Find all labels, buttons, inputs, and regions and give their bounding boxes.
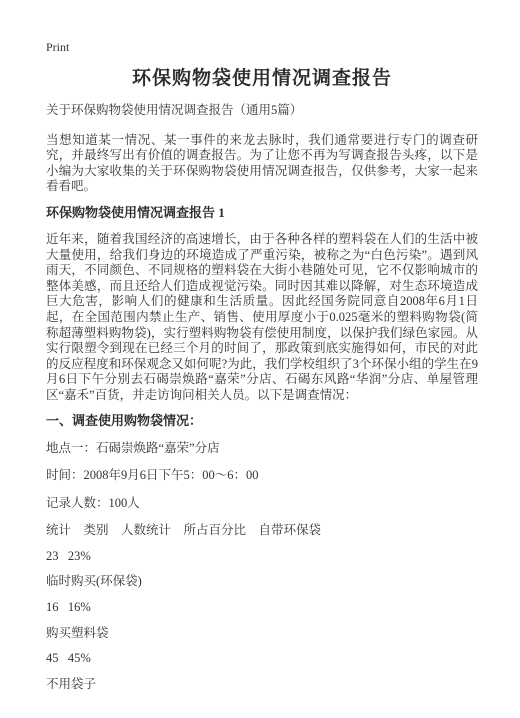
survey-record-count: 记录人数：100人 [46,496,478,512]
survey-time: 时间：2008年9月6日下午5：00～6：00 [46,468,478,484]
stats-value-line-5: 45 45% [46,651,478,667]
stats-value-line-3: 16 16% [46,600,478,616]
intro-paragraph: 当想知道某一情况、某一事件的来龙去脉时，我们通常要进行专门的调查研究，并最终写出… [46,133,478,195]
stats-category-line-2: 临时购买(环保袋) [46,574,478,590]
report-1-body: 近年来，随着我国经济的高速增长，由于各种各样的塑料袋在人们的生活中被大量使用，给… [46,232,478,404]
report-1-heading: 环保购物袋使用情况调查报告 1 [46,205,478,221]
stats-category-line-4: 购买塑料袋 [46,626,478,642]
stats-header-line: 统计 类别 人数统计 所占百分比 自带环保袋 [46,523,478,539]
stats-category-line-6: 不用袋子 [46,677,478,693]
print-button[interactable]: Print [46,40,478,55]
subtitle: 关于环保购物袋使用情况调查报告（通用5篇） [46,103,478,119]
page-title: 环保购物袋使用情况调查报告 [46,68,478,90]
document-page: Print 环保购物袋使用情况调查报告 关于环保购物袋使用情况调查报告（通用5篇… [0,0,520,718]
stats-value-line-1: 23 23% [46,549,478,565]
section-1-heading: 一、调查使用购物袋情况： [46,413,478,429]
survey-location: 地点一：石碣崇焕路“嘉荣”分店 [46,441,478,457]
